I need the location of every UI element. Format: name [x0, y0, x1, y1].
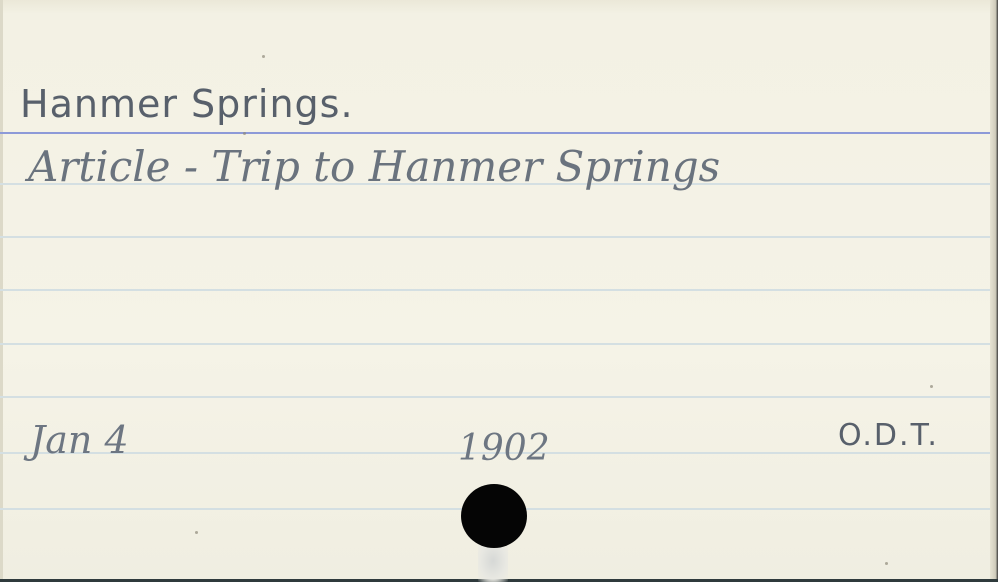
- card-source: O.D.T.: [838, 418, 939, 453]
- card-entry-title: Article - Trip to Hanmer Springs: [28, 142, 720, 191]
- card-subject-heading: Hanmer Springs.: [20, 82, 354, 126]
- punch-hole: [461, 484, 527, 548]
- paper-speck: [885, 562, 888, 565]
- paper-speck: [195, 531, 198, 534]
- card-left-edge: [0, 0, 3, 582]
- paper-speck: [262, 55, 265, 58]
- card-right-edge: [990, 0, 998, 582]
- card-year: 1902: [458, 428, 550, 469]
- index-card: Hanmer Springs. Article - Trip to Hanmer…: [0, 0, 998, 582]
- header-rule: [0, 132, 990, 134]
- paper-speck: [930, 385, 933, 388]
- ruled-line: [0, 396, 990, 398]
- paper-speck: [243, 132, 246, 135]
- ruled-line: [0, 343, 990, 345]
- card-date: Jan 4: [30, 418, 129, 462]
- ruled-line: [0, 289, 990, 291]
- ruled-line: [0, 236, 990, 238]
